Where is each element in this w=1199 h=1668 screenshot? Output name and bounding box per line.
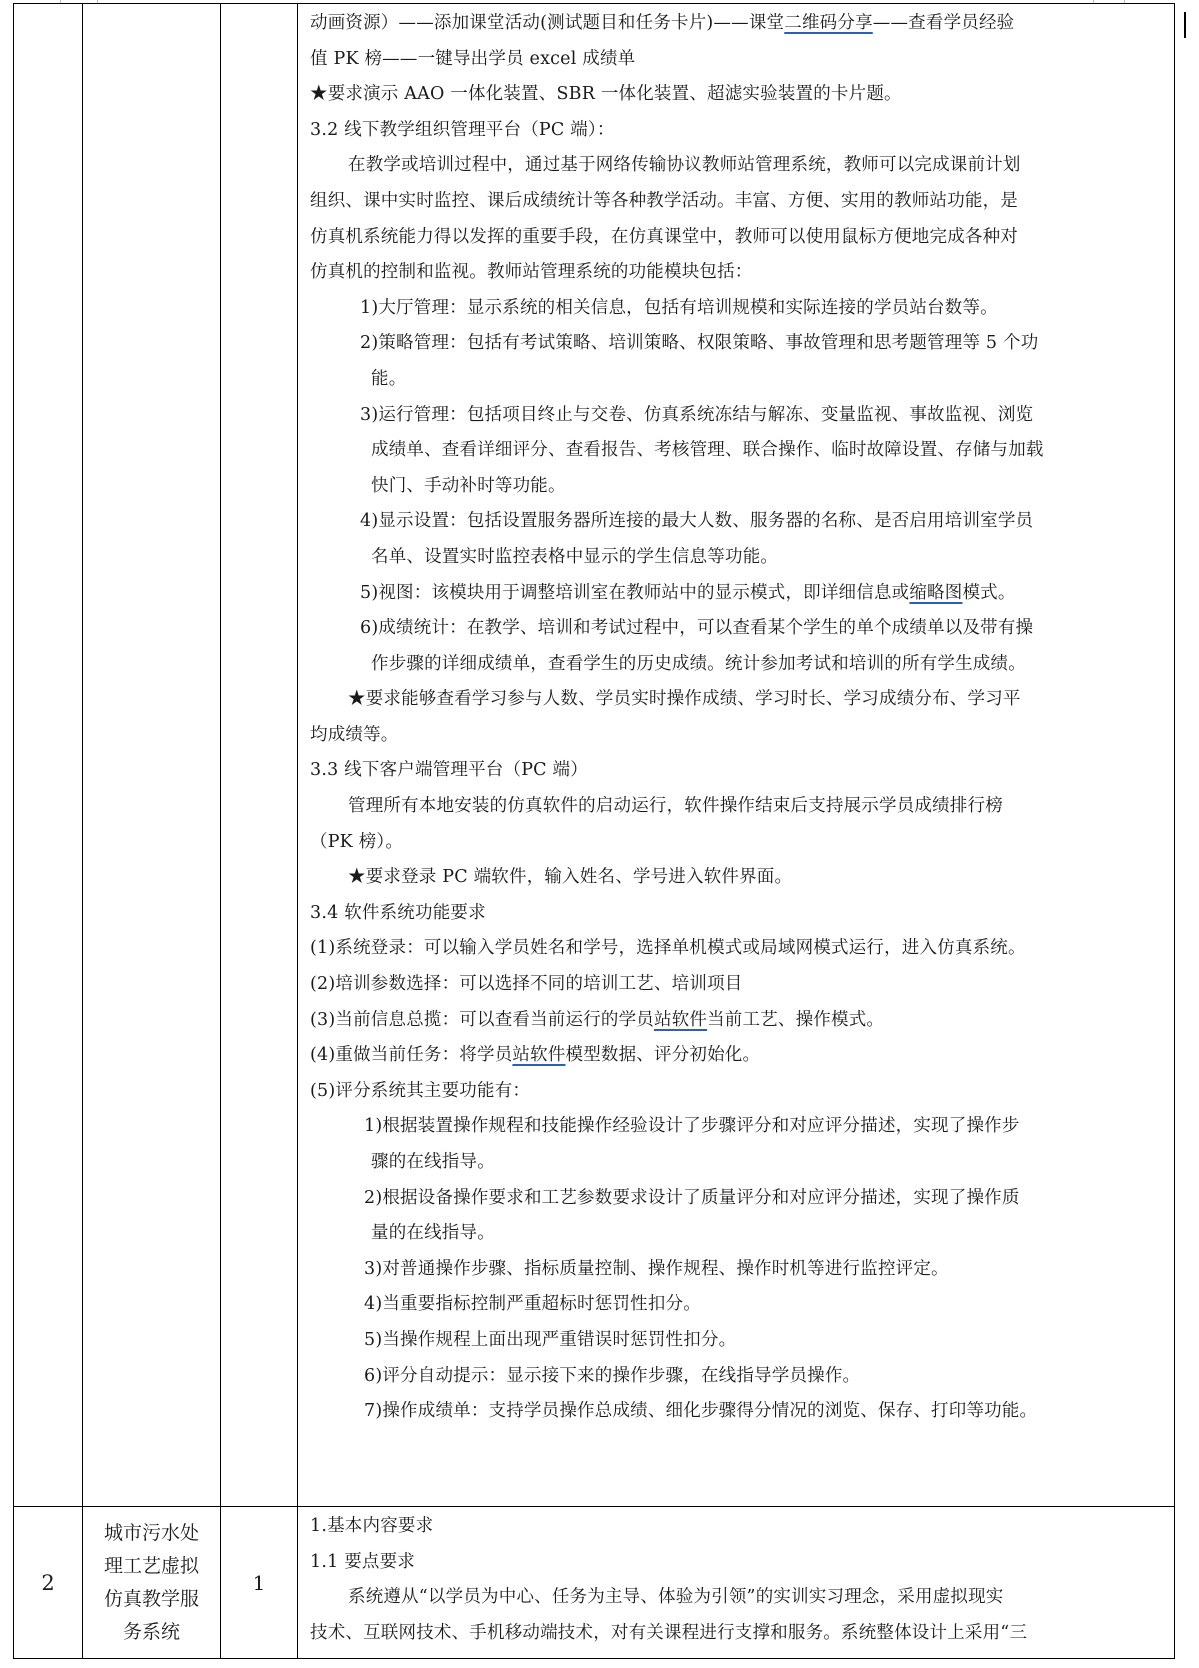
requirement-line: 在教学或培训过程中，通过基于网络传输协议教师站管理系统，教师可以完成课前计划 <box>310 148 1168 184</box>
line-text: 管理所有本地安装的仿真软件的启动运行，软件操作结束后支持展示学员成绩排行榜 <box>348 796 1003 816</box>
line-text: ★要求登录 PC 端软件，输入姓名、学号进入软件界面。 <box>348 867 792 887</box>
requirements-cell[interactable]: 1.基本内容要求1.1 要点要求系统遵从“以学员为中心、任务为主导、体验为引领”… <box>298 1507 1175 1659</box>
line-text: 当前工艺、操作模式。 <box>707 1010 884 1030</box>
line-text: 1.1 要点要求 <box>310 1552 415 1572</box>
spellcheck-underlined-text: 站软件 <box>512 1045 565 1065</box>
document-page: 动画资源）——添加课堂活动(测试题目和任务卡片)——课堂二维码分享——查看学员经… <box>0 0 1199 1668</box>
line-text: 快门、手动补时等功能。 <box>371 476 566 496</box>
line-text: 4)当重要指标控制严重超标时惩罚性扣分。 <box>364 1294 701 1314</box>
line-text: 6)评分自动提示：显示接下来的操作步骤，在线指导学员操作。 <box>364 1366 860 1386</box>
line-text: (5)评分系统其主要功能有： <box>310 1081 530 1101</box>
line-text: 6)成绩统计：在教学、培训和考试过程中，可以查看某个学生的单个成绩单以及带有操 <box>360 618 1033 638</box>
line-text: 值 PK 榜——一键导出学员 excel 成绩单 <box>310 49 635 69</box>
line-text: (2)培训参数选择：可以选择不同的培训工艺、培训项目 <box>310 974 743 994</box>
line-text: 3)对普通操作步骤、指标质量控制、操作规程、操作时机等进行监控评定。 <box>364 1259 949 1279</box>
requirement-line: 组织、课中实时监控、课后成绩统计等各种教学活动。丰富、方便、实用的教师站功能，是 <box>310 184 1168 220</box>
requirements-cell[interactable]: 动画资源）——添加课堂活动(测试题目和任务卡片)——课堂二维码分享——查看学员经… <box>298 4 1175 1507</box>
item-quantity-cell <box>221 4 298 1507</box>
item-name-cell: 城市污水处理工艺虚拟仿真教学服务系统 <box>83 1507 221 1659</box>
line-text: 5)当操作规程上面出现严重错误时惩罚性扣分。 <box>364 1330 736 1350</box>
line-text: 2)策略管理：包括有考试策略、培训策略、权限策略、事故管理和思考题管理等 5 个… <box>360 333 1038 353</box>
line-text: 模型数据、评分初始化。 <box>566 1045 761 1065</box>
line-text: 组织、课中实时监控、课后成绩统计等各种教学活动。丰富、方便、实用的教师站功能，是 <box>310 191 1018 211</box>
line-text: 仿真机的控制和监视。教师站管理系统的功能模块包括： <box>310 262 753 282</box>
spellcheck-underlined-text: 二维码分享 <box>784 13 873 33</box>
requirement-line: 名单、设置实时监控表格中显示的学生信息等功能。 <box>310 540 1168 576</box>
requirement-line: ★要求能够查看学习参与人数、学员实时操作成绩、学习时长、学习成绩分布、学习平 <box>310 682 1168 718</box>
requirement-line: (3)当前信息总揽：可以查看当前运行的学员站软件当前工艺、操作模式。 <box>310 1003 1168 1039</box>
line-text: 成绩单、查看详细评分、查看报告、考核管理、联合操作、临时故障设置、存储与加载 <box>371 440 1044 460</box>
line-text: 1)大厅管理：显示系统的相关信息，包括有培训规模和实际连接的学员站台数等。 <box>360 298 998 318</box>
spec-table: 动画资源）——添加课堂活动(测试题目和任务卡片)——课堂二维码分享——查看学员经… <box>13 3 1175 1659</box>
requirement-line: 成绩单、查看详细评分、查看报告、考核管理、联合操作、临时故障设置、存储与加载 <box>310 433 1168 469</box>
requirement-line: 4)当重要指标控制严重超标时惩罚性扣分。 <box>310 1287 1168 1323</box>
line-text: 2)根据设备操作要求和工艺参数要求设计了质量评分和对应评分描述，实现了操作质 <box>364 1188 1020 1208</box>
line-text: 3.4 软件系统功能要求 <box>310 903 486 923</box>
table-row: 动画资源）——添加课堂活动(测试题目和任务卡片)——课堂二维码分享——查看学员经… <box>14 4 1175 1507</box>
requirement-line: 2)策略管理：包括有考试策略、培训策略、权限策略、事故管理和思考题管理等 5 个… <box>310 326 1168 362</box>
line-text: 4)显示设置：包括设置服务器所连接的最大人数、服务器的名称、是否启用培训室学员 <box>360 511 1033 531</box>
requirement-line: 5)视图：该模块用于调整培训室在教师站中的显示模式，即详细信息或缩略图模式。 <box>310 576 1168 612</box>
requirement-line: 值 PK 榜——一键导出学员 excel 成绩单 <box>310 42 1168 78</box>
line-text: 1)根据装置操作规程和技能操作经验设计了步骤评分和对应评分描述，实现了操作步 <box>364 1116 1020 1136</box>
requirement-line: ★要求登录 PC 端软件，输入姓名、学号进入软件界面。 <box>310 860 1168 896</box>
requirement-line: 仿真机的控制和监视。教师站管理系统的功能模块包括： <box>310 255 1168 291</box>
requirement-line: 3.3 线下客户端管理平台（PC 端） <box>310 753 1168 789</box>
requirement-line: (4)重做当前任务：将学员站软件模型数据、评分初始化。 <box>310 1038 1168 1074</box>
line-text: 1.基本内容要求 <box>310 1516 433 1536</box>
item-quantity-cell: 1 <box>221 1507 298 1659</box>
item-quantity: 1 <box>253 1571 266 1595</box>
line-text: 技术、互联网技术、手机移动端技术，对有关课程进行支撑和服务。系统整体设计上采用“… <box>310 1623 1027 1643</box>
line-text: ★要求能够查看学习参与人数、学员实时操作成绩、学习时长、学习成绩分布、学习平 <box>348 689 1021 709</box>
line-text: 3.3 线下客户端管理平台（PC 端） <box>310 760 588 780</box>
requirement-line: 6)成绩统计：在教学、培训和考试过程中，可以查看某个学生的单个成绩单以及带有操 <box>310 611 1168 647</box>
line-text: 名单、设置实时监控表格中显示的学生信息等功能。 <box>371 547 778 567</box>
requirement-line: 均成绩等。 <box>310 718 1168 754</box>
line-text: (1)系统登录：可以输入学员姓名和学号，选择单机模式或局域网模式运行，进入仿真系… <box>310 938 1026 958</box>
requirement-line: 1)大厅管理：显示系统的相关信息，包括有培训规模和实际连接的学员站台数等。 <box>310 291 1168 327</box>
line-text: 在教学或培训过程中，通过基于网络传输协议教师站管理系统，教师可以完成课前计划 <box>348 155 1021 175</box>
requirement-line: 3.4 软件系统功能要求 <box>310 896 1168 932</box>
requirement-line: 2)根据设备操作要求和工艺参数要求设计了质量评分和对应评分描述，实现了操作质 <box>310 1181 1168 1217</box>
requirement-line: 1.1 要点要求 <box>310 1545 1168 1581</box>
line-text: 7)操作成绩单：支持学员操作总成绩、细化步骤得分情况的浏览、保存、打印等功能。 <box>364 1401 1037 1421</box>
line-text: (4)重做当前任务：将学员 <box>310 1045 512 1065</box>
requirements-text[interactable]: 1.基本内容要求1.1 要点要求系统遵从“以学员为中心、任务为主导、体验为引领”… <box>310 1509 1168 1651</box>
requirement-line: 管理所有本地安装的仿真软件的启动运行，软件操作结束后支持展示学员成绩排行榜 <box>310 789 1168 825</box>
requirement-line: 骤的在线指导。 <box>310 1145 1168 1181</box>
requirement-line: 量的在线指导。 <box>310 1216 1168 1252</box>
requirement-line: (5)评分系统其主要功能有： <box>310 1074 1168 1110</box>
requirement-line: (2)培训参数选择：可以选择不同的培训工艺、培训项目 <box>310 967 1168 1003</box>
requirement-line: 作步骤的详细成绩单，查看学生的历史成绩。统计参加考试和培训的所有学生成绩。 <box>310 647 1168 683</box>
item-name-line: 理工艺虚拟 <box>83 1550 220 1583</box>
item-name-line: 城市污水处 <box>83 1517 220 1550</box>
line-text: 骤的在线指导。 <box>371 1152 495 1172</box>
requirement-line: （PK 榜）。 <box>310 825 1168 861</box>
line-text: ★要求演示 AAO 一体化装置、SBR 一体化装置、超滤实验装置的卡片题。 <box>310 84 902 104</box>
spellcheck-underlined-text: 站软件 <box>654 1010 707 1030</box>
line-text: （PK 榜）。 <box>310 832 403 852</box>
requirement-line: 6)评分自动提示：显示接下来的操作步骤，在线指导学员操作。 <box>310 1359 1168 1395</box>
line-text: 动画资源）——添加课堂活动(测试题目和任务卡片)——课堂 <box>310 13 784 33</box>
table-row: 2 城市污水处理工艺虚拟仿真教学服务系统 1 1.基本内容要求1.1 要点要求系… <box>14 1507 1175 1659</box>
requirement-line: 4)显示设置：包括设置服务器所连接的最大人数、服务器的名称、是否启用培训室学员 <box>310 504 1168 540</box>
requirement-line: 技术、互联网技术、手机移动端技术，对有关课程进行支撑和服务。系统整体设计上采用“… <box>310 1616 1168 1652</box>
requirement-line: 3)运行管理：包括项目终止与交卷、仿真系统冻结与解冻、变量监视、事故监视、浏览 <box>310 398 1168 434</box>
requirement-line: 1)根据装置操作规程和技能操作经验设计了步骤评分和对应评分描述，实现了操作步 <box>310 1109 1168 1145</box>
requirement-line: 3.2 线下教学组织管理平台（PC 端）： <box>310 113 1168 149</box>
line-text: 3)运行管理：包括项目终止与交卷、仿真系统冻结与解冻、变量监视、事故监视、浏览 <box>360 405 1033 425</box>
line-text: 均成绩等。 <box>310 725 399 745</box>
line-text: 5)视图：该模块用于调整培训室在教师站中的显示模式，即详细信息或 <box>360 583 909 603</box>
line-text: ——查看学员经验 <box>873 13 1015 33</box>
requirement-line: 7)操作成绩单：支持学员操作总成绩、细化步骤得分情况的浏览、保存、打印等功能。 <box>310 1394 1168 1430</box>
item-name-cell <box>83 4 221 1507</box>
item-name: 城市污水处理工艺虚拟仿真教学服务系统 <box>83 1517 220 1649</box>
requirement-line: 系统遵从“以学员为中心、任务为主导、体验为引领”的实训实习理念，采用虚拟现实 <box>310 1580 1168 1616</box>
line-text: 仿真机系统能力得以发挥的重要手段，在仿真课堂中，教师可以使用鼠标方便地完成各种对 <box>310 227 1018 247</box>
requirement-line: 快门、手动补时等功能。 <box>310 469 1168 505</box>
item-name-line: 务系统 <box>83 1616 220 1649</box>
item-number-cell: 2 <box>14 1507 83 1659</box>
spellcheck-underlined-text: 缩略图 <box>909 583 962 603</box>
line-text: 作步骤的详细成绩单，查看学生的历史成绩。统计参加考试和培训的所有学生成绩。 <box>371 654 1026 674</box>
requirement-line: 仿真机系统能力得以发挥的重要手段，在仿真课堂中，教师可以使用鼠标方便地完成各种对 <box>310 220 1168 256</box>
line-text: (3)当前信息总揽：可以查看当前运行的学员 <box>310 1010 654 1030</box>
item-name-line: 仿真教学服 <box>83 1583 220 1616</box>
text-cursor <box>1184 12 1186 38</box>
requirement-line: 能。 <box>310 362 1168 398</box>
requirement-line: 5)当操作规程上面出现严重错误时惩罚性扣分。 <box>310 1323 1168 1359</box>
requirement-line: (1)系统登录：可以输入学员姓名和学号，选择单机模式或局域网模式运行，进入仿真系… <box>310 931 1168 967</box>
line-text: 能。 <box>371 369 406 389</box>
line-text: 模式。 <box>962 583 1015 603</box>
line-text: 3.2 线下教学组织管理平台（PC 端）： <box>310 120 615 140</box>
item-number-cell <box>14 4 83 1507</box>
line-text: 系统遵从“以学员为中心、任务为主导、体验为引领”的实训实习理念，采用虚拟现实 <box>348 1587 1004 1607</box>
requirements-text[interactable]: 动画资源）——添加课堂活动(测试题目和任务卡片)——课堂二维码分享——查看学员经… <box>310 6 1168 1430</box>
item-number: 2 <box>41 1571 54 1595</box>
line-text: 量的在线指导。 <box>371 1223 495 1243</box>
requirement-line: 动画资源）——添加课堂活动(测试题目和任务卡片)——课堂二维码分享——查看学员经… <box>310 6 1168 42</box>
requirement-line: ★要求演示 AAO 一体化装置、SBR 一体化装置、超滤实验装置的卡片题。 <box>310 77 1168 113</box>
requirement-line: 1.基本内容要求 <box>310 1509 1168 1545</box>
requirement-line: 3)对普通操作步骤、指标质量控制、操作规程、操作时机等进行监控评定。 <box>310 1252 1168 1288</box>
